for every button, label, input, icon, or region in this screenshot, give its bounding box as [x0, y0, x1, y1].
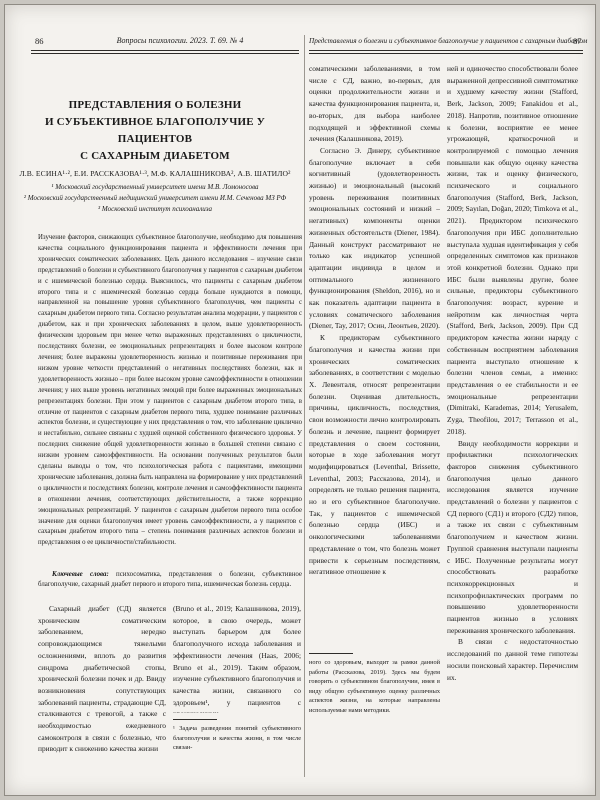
body-paragraph: Ввиду необходимости коррекции и профилак…: [447, 438, 578, 637]
page-number: 87: [573, 36, 582, 46]
affiliation-2: ² Московский государственный медицинский…: [19, 193, 291, 204]
body-paragraph: К предикторам субъективного благополучия…: [309, 332, 440, 578]
keywords-paragraph: Ключевые слова: психосоматика, представл…: [38, 570, 302, 602]
body-paragraph: (Bruno et al., 2019; Калашникова, 2019),…: [173, 603, 301, 713]
page-number-left: 86: [35, 36, 44, 47]
page-number: 86: [35, 36, 44, 46]
page-number-right: 87: [573, 36, 582, 47]
abstract-text: Изучение факторов, снижающих субъективно…: [38, 233, 302, 559]
body-paragraph: соматическими заболеваниями, в том числе…: [309, 63, 440, 145]
footnote-left: ¹ Задача разведения понятий субъективног…: [173, 719, 301, 759]
body-column-left-1: Сахарный диабет (СД) является хронически…: [38, 603, 166, 759]
footnote-right: ного со здоровьем, выходит за рамки данн…: [309, 653, 440, 725]
affiliation-3: ³ Московский институт психоанализа: [19, 204, 291, 215]
article-title: ПРЕДСТАВЛЕНИЯ О БОЛЕЗНИ И СУБЪЕКТИВНОЕ Б…: [25, 97, 285, 165]
affiliation-1: ¹ Московский государственный университет…: [19, 182, 291, 193]
footnote-text: ¹ Задача разведения понятий субъективног…: [173, 724, 301, 753]
running-head-left: Вопросы психологии. 2023. Т. 69. № 4: [75, 36, 285, 46]
body-column-left-2: (Bruno et al., 2019; Калашникова, 2019),…: [173, 603, 301, 713]
affiliations: ¹ Московский государственный университет…: [19, 182, 291, 215]
body-paragraph: Согласно Э. Динеру, субъективное благопо…: [309, 145, 440, 332]
body-paragraph: Сахарный диабет (СД) является хронически…: [38, 603, 166, 755]
body-paragraph: ней и одиночество способствовали более в…: [447, 63, 578, 438]
footnote-rule: [309, 653, 353, 654]
footnote-rule: [173, 719, 217, 720]
article-title-line: И СУБЪЕКТИВНОЕ БЛАГОПОЛУЧИЕ У ПАЦИЕНТОВ: [25, 114, 285, 148]
footnote-continuation-text: ного со здоровьем, выходит за рамки данн…: [309, 658, 440, 716]
body-paragraph: В связи с недостаточностью исследований …: [447, 636, 578, 683]
running-head-right: Представления о болезни и субъективное б…: [309, 36, 571, 46]
page-left: 86 Вопросы психологии. 2023. Т. 69. № 4 …: [5, 5, 305, 800]
header-rule-left: [31, 50, 299, 54]
article-title-line: ПРЕДСТАВЛЕНИЯ О БОЛЕЗНИ: [25, 97, 285, 114]
header-rule-right: [309, 50, 583, 54]
page-right: Представления о болезни и субъективное б…: [305, 5, 600, 800]
authors-line: Л.В. ЕСИНА¹·², Е.И. РАССКАЗОВА¹·³, М.Ф. …: [19, 169, 291, 179]
article-title-line: С САХАРНЫМ ДИАБЕТОМ: [25, 148, 285, 165]
keywords-label: Ключевые слова:: [52, 571, 109, 578]
body-column-right-2: ней и одиночество способствовали более в…: [447, 63, 578, 753]
body-column-right-1: соматическими заболеваниями, в том числе…: [309, 63, 440, 645]
scanned-spread: 86 Вопросы психологии. 2023. Т. 69. № 4 …: [4, 4, 596, 796]
